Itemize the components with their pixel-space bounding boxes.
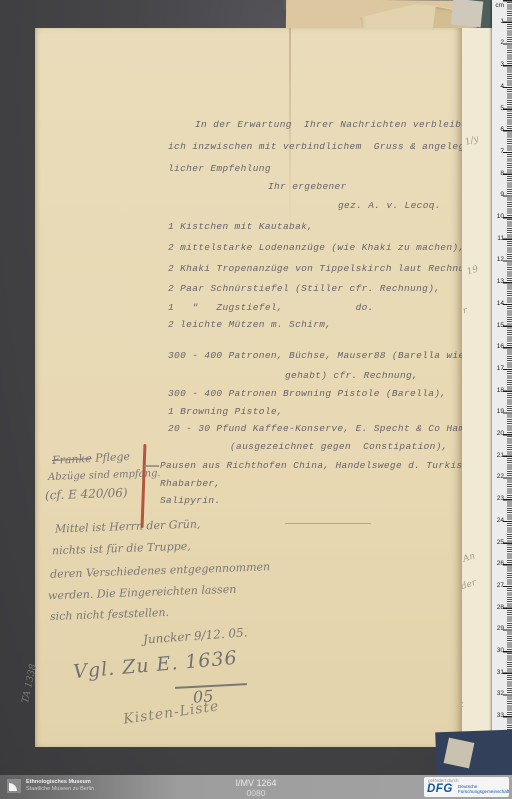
typed-list-item: 300 - 400 Patronen, Büchse, Mauser88 (Ba… [168, 350, 462, 361]
handwriting-fragment: 1/y [464, 134, 480, 148]
ruler-number: 2 [494, 39, 504, 46]
typed-list-item: 2 leichte Mützen m. Schirm, [168, 319, 331, 330]
ruler-number: 31 [494, 669, 504, 676]
ruler-number: 13 [494, 278, 504, 285]
margin-note-line: (cf. E 420/06) [45, 486, 128, 503]
typed-list-item: 2 Khaki Tropenanzüge von Tippelskirch la… [168, 263, 462, 274]
ruler-number: 4 [494, 83, 504, 90]
ruler-unit-label: cm [494, 2, 504, 9]
ruler-number: 15 [494, 322, 504, 329]
ruler-number: 22 [494, 473, 504, 480]
dfg-abbr: DFG [427, 783, 453, 795]
typed-list-item: 20 - 30 Pfund Kaffee-Konserve, E. Specht… [168, 423, 462, 434]
red-pencil-mark [141, 444, 146, 528]
reference-note: Vgl. Zu E. 1636 [72, 647, 238, 683]
struck-word: Franke [52, 452, 92, 467]
typed-line: ich inzwischen mit verbindlichem Gruss &… [168, 141, 462, 152]
ruler-number: 29 [494, 625, 504, 632]
handwritten-note-line: Mittel ist Herrn der Grün, [55, 517, 201, 535]
typed-list-item: 1 Kistchen mit Kautabak, [168, 221, 313, 232]
ruler-number: 26 [494, 560, 504, 567]
ruler-number: 3 [494, 61, 504, 68]
handwriting-fragment: der [460, 578, 478, 592]
margin-note-rest: Pflege [91, 450, 130, 465]
paper-wedge [444, 738, 475, 769]
keyword-note: Kisten-Liste [122, 698, 220, 727]
ruler-number: 14 [494, 300, 504, 307]
typed-list-item: 1 Browning Pistole, [168, 406, 283, 417]
dfg-logo: gefördert durch DFG Deutsche Forschungsg… [424, 777, 509, 797]
ruler-number: 32 [494, 690, 504, 697]
handwriting-fragment: r [462, 306, 469, 317]
typed-list-item: gehabt) cfr. Rechnung, [285, 370, 418, 381]
margin-note-line: Franke Pflege [52, 450, 131, 467]
scanned-letter-photo: 1/y 19 r An der z In der Erwartung Ihrer… [0, 0, 512, 799]
ruler-number: 33 [494, 712, 504, 719]
typed-list-item: 1 " Zugstiefel, do. [168, 302, 374, 313]
ruler-number: 28 [494, 604, 504, 611]
ruler-number: 10 [494, 213, 504, 220]
ruler-number: 16 [494, 343, 504, 350]
typed-list-item: 300 - 400 Patronen Browning Pistole (Bar… [168, 388, 446, 399]
typed-list-item: Salipyrin. [160, 495, 221, 506]
dfg-name: Deutsche Forschungsgemeinschaft [458, 784, 508, 794]
typed-line: licher Empfehlung [168, 163, 271, 174]
pencil-dash [144, 465, 159, 467]
ruler-number: 5 [494, 105, 504, 112]
ruler-number: 8 [494, 170, 504, 177]
typed-list-item: Pausen aus Richthofen China, Handelswege… [160, 460, 462, 471]
ruler-number: 12 [494, 256, 504, 263]
handwriting-fragment: 19 [466, 264, 480, 277]
ruler: cm12345678910111213141516171819202122232… [492, 0, 512, 776]
handwriting-fragment: An [462, 551, 477, 564]
ruler-number: 23 [494, 495, 504, 502]
ruler-number: 19 [494, 408, 504, 415]
typed-list-item: 2 mittelstarke Lodenanzüge (wie Khaki zu… [168, 242, 462, 253]
ruler-number: 17 [494, 365, 504, 372]
typed-list-item: Rhabarber, [160, 478, 221, 489]
caption-bar: Ethnologisches Museum Staatliche Museen … [0, 775, 512, 799]
typed-line-signature: gez. A. v. Lecoq. [338, 200, 441, 211]
pencil-rule [285, 523, 371, 524]
ruler-number: 27 [494, 582, 504, 589]
ruler-number: 21 [494, 452, 504, 459]
typed-list-item: 2 Paar Schnürstiefel (Stiller cfr. Rechn… [168, 283, 440, 294]
ruler-number: 25 [494, 539, 504, 546]
ruler-number: 1 [494, 18, 504, 25]
typed-line-valediction: Ihr ergebener [268, 181, 347, 192]
handwritten-note-line: sich nicht feststellen. [50, 606, 169, 623]
ruler-number: 18 [494, 387, 504, 394]
crumpled-page [451, 0, 484, 27]
letter-page: In der Erwartung Ihrer Nachrichten verbl… [35, 28, 462, 747]
ruler-number: 7 [494, 148, 504, 155]
ruler-number: 20 [494, 430, 504, 437]
ruler-number: 24 [494, 517, 504, 524]
ruler-number: 11 [494, 235, 504, 242]
handwritten-note-line: werden. Die Eingereichten lassen [48, 583, 237, 603]
typed-line: In der Erwartung Ihrer Nachrichten verbl… [195, 119, 462, 130]
ruler-number: 6 [494, 126, 504, 133]
typed-list-item: (ausgezeichnet gegen Constipation), [230, 441, 448, 452]
ruler-cm-ticks [503, 0, 512, 776]
handwritten-note-line: deren Verschiedenes entgegennommen [50, 560, 270, 581]
handwritten-signature: Juncker 9/12. 05. [143, 625, 248, 646]
ruler-number: 30 [494, 647, 504, 654]
handwritten-note-line: nichts ist für die Truppe, [52, 540, 191, 558]
ruler-number: 9 [494, 191, 504, 198]
